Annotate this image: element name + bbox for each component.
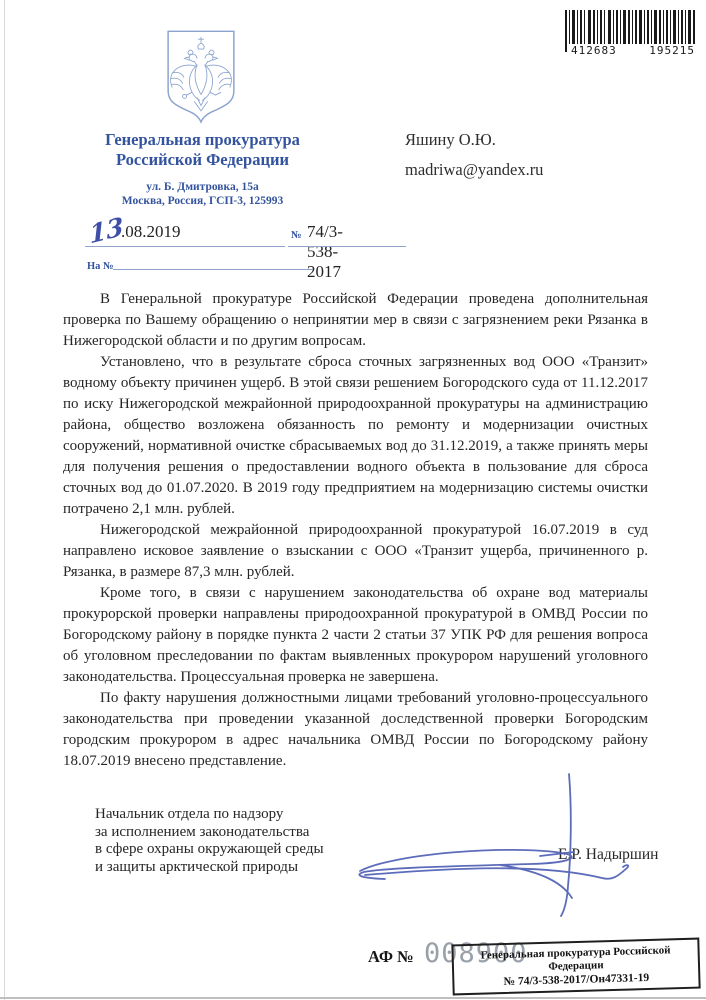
signer-position-block: Начальник отдела по надзору за исполнени… [95,806,324,876]
number-underline [288,246,406,247]
handwritten-day-ink: 13 [88,212,124,250]
reply-to-underline [113,269,313,270]
org-name-line1: Генеральная прокуратура [70,130,335,150]
number-sign: № [291,230,302,241]
scan-edge-left [4,0,5,1000]
letter-date: .08.2019 [121,222,181,242]
scanned-letter-page: Генеральная прокуратура Российской Федер… [0,0,706,1000]
letterhead-address: ул. Б. Дмитровка, 15а Москва, Россия, ГС… [70,180,335,208]
coat-of-arms-icon [157,28,245,124]
paragraph-4: Кроме того, в связи с нарушением законод… [63,583,648,688]
barcode: 412683 195215 [563,8,699,64]
reply-to-label: На № [87,261,114,272]
paragraph-2: Установлено, что в результате сброса сто… [63,352,648,520]
barcode-digits: 412683 195215 [569,44,697,57]
form-series-label: АФ № [368,947,414,967]
scan-edge-bottom [0,997,706,999]
date-underline [85,246,285,247]
address-line1: ул. Б. Дмитровка, 15а [70,180,335,194]
paragraph-1: В Генеральной прокуратуре Российской Фед… [63,289,648,352]
letterhead-org-name: Генеральная прокуратура Российской Федер… [70,130,335,170]
signer-position-line1: Начальник отдела по надзору [95,806,324,824]
recipient-email: madriwa@yandex.ru [405,160,543,180]
org-name-line2: Российской Федерации [70,150,335,170]
address-line2: Москва, Россия, ГСП-3, 125993 [70,194,335,208]
barcode-digits-right: 195215 [649,44,695,57]
letter-body: В Генеральной прокуратуре Российской Фед… [63,289,648,772]
signature-ink [340,768,640,920]
recipient-block: Яшину О.Ю. madriwa@yandex.ru [405,130,543,180]
paragraph-3: Нижегородской межрайонной природоохранно… [63,520,648,583]
signer-position-line2: за исполнением законодательства [95,824,324,842]
signer-position-line3: в сфере охраны окружающей среды [95,841,324,859]
recipient-name: Яшину О.Ю. [405,130,543,150]
registry-stamp: Генеральная прокуратура Российской Федер… [451,938,700,996]
paragraph-5: По факту нарушения должностными лицами т… [63,688,648,772]
signer-name: Е.Р. Надыршин [558,846,658,864]
outgoing-number: 74/3-538-2017 [307,222,343,282]
signer-position-line4: и защиты арктической природы [95,859,324,877]
barcode-digits-left: 412683 [571,44,617,57]
reply-to-line: На № [87,256,114,274]
